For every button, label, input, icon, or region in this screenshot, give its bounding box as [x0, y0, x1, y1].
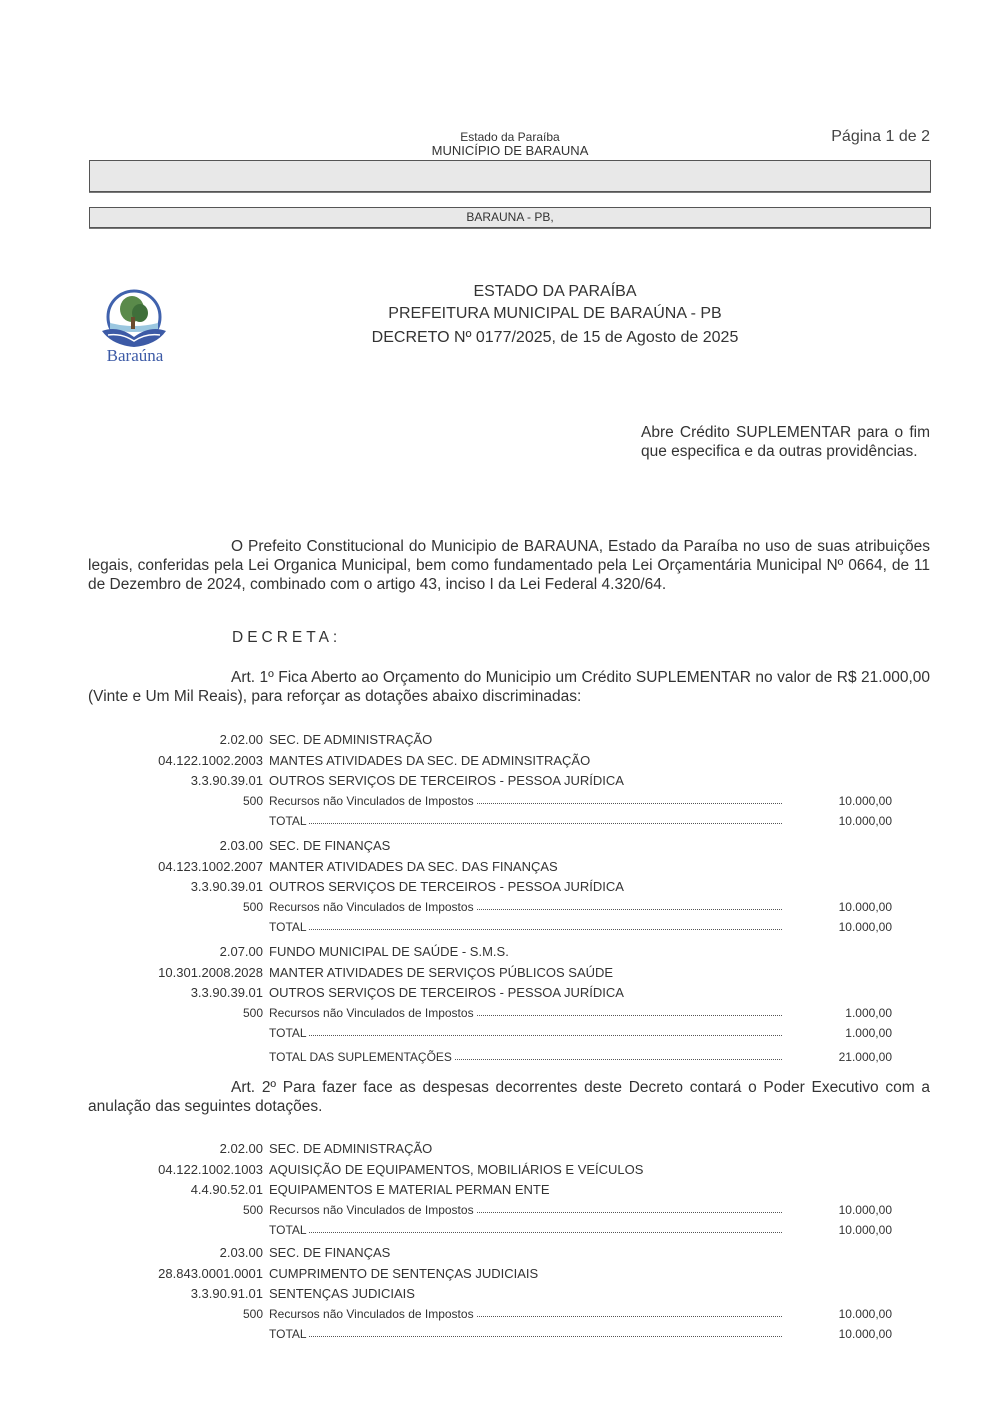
total-row: TOTAL10.000,00 [0, 1327, 1000, 1347]
allocation-description: Recursos não Vinculados de Impostos [269, 1307, 782, 1321]
unit-row: 2.02.00SEC. DE ADMINISTRAÇÃO [0, 732, 1000, 752]
total-row: TOTAL1.000,00 [0, 1026, 1000, 1046]
allocation-amount: 10.000,00 [839, 1327, 892, 1341]
allocation-amount: 1.000,00 [845, 1026, 892, 1040]
allocation-code: 3.3.90.91.01 [191, 1286, 263, 1301]
action-row: 04.123.1002.2007MANTER ATIVIDADES DA SEC… [0, 859, 1000, 879]
allocation-label: Recursos não Vinculados de Impostos [269, 900, 476, 914]
allocation-description: Recursos não Vinculados de Impostos [269, 1006, 782, 1020]
article-2-text: Art. 2º Para fazer face as despesas deco… [88, 1078, 930, 1116]
allocation-description: Recursos não Vinculados de Impostos [269, 1203, 782, 1217]
allocation-description: SEC. DE ADMINISTRAÇÃO [269, 732, 432, 747]
allocation-amount: 10.000,00 [839, 1223, 892, 1237]
allocation-label: Recursos não Vinculados de Impostos [269, 794, 476, 808]
allocation-label: Recursos não Vinculados de Impostos [269, 1307, 476, 1321]
allocation-description: SENTENÇAS JUDICIAIS [269, 1286, 415, 1301]
allocation-description: TOTAL [269, 1026, 782, 1040]
allocation-code: 500 [243, 794, 263, 808]
allocation-code: 3.3.90.39.01 [191, 773, 263, 788]
allocation-amount: 10.000,00 [839, 1203, 892, 1217]
decreta-heading: DECRETA: [232, 629, 341, 647]
allocation-label: Recursos não Vinculados de Impostos [269, 1006, 476, 1020]
page-indicator: Página 1 de 2 [831, 128, 930, 146]
allocation-amount: 10.000,00 [839, 900, 892, 914]
allocation-code: 2.02.00 [220, 732, 263, 747]
source-row: 500Recursos não Vinculados de Impostos10… [0, 1307, 1000, 1327]
grand-total-row: TOTAL DAS SUPLEMENTAÇÕES21.000,00 [0, 1050, 1000, 1070]
allocation-code: 04.122.1002.1003 [158, 1162, 263, 1177]
allocation-description: CUMPRIMENTO DE SENTENÇAS JUDICIAIS [269, 1266, 538, 1281]
source-row: 500Recursos não Vinculados de Impostos1.… [0, 1006, 1000, 1026]
allocation-label: TOTAL [269, 814, 309, 828]
element-row: 3.3.90.39.01OUTROS SERVIÇOS DE TERCEIROS… [0, 985, 1000, 1005]
title-prefeitura: PREFEITURA MUNICIPAL DE BARAÚNA - PB [0, 305, 1000, 323]
allocation-code: 3.3.90.39.01 [191, 879, 263, 894]
action-row: 10.301.2008.2028MANTER ATIVIDADES DE SER… [0, 965, 1000, 985]
allocation-amount: 10.000,00 [839, 814, 892, 828]
allocation-description: Recursos não Vinculados de Impostos [269, 900, 782, 914]
total-row: TOTAL10.000,00 [0, 814, 1000, 834]
allocation-label: Recursos não Vinculados de Impostos [269, 1203, 476, 1217]
allocation-label: TOTAL [269, 1026, 309, 1040]
allocation-label: TOTAL [269, 920, 309, 934]
allocation-code: 4.4.90.52.01 [191, 1182, 263, 1197]
allocation-code: 500 [243, 1006, 263, 1020]
header-blank-bar [89, 160, 931, 192]
allocation-code: 2.02.00 [220, 1141, 263, 1156]
allocation-description: TOTAL [269, 920, 782, 934]
allocation-code: 28.843.0001.0001 [158, 1266, 263, 1281]
action-row: 04.122.1002.2003MANTES ATIVIDADES DA SEC… [0, 753, 1000, 773]
element-row: 3.3.90.39.01OUTROS SERVIÇOS DE TERCEIROS… [0, 773, 1000, 793]
allocation-description: OUTROS SERVIÇOS DE TERCEIROS - PESSOA JU… [269, 879, 624, 894]
allocation-amount: 10.000,00 [839, 1307, 892, 1321]
allocation-description: MANTES ATIVIDADES DA SEC. DE ADMINSITRAÇ… [269, 753, 590, 768]
allocation-code: 2.07.00 [220, 944, 263, 959]
title-decree-number: DECRETO Nº 0177/2025, de 15 de Agosto de… [0, 329, 1000, 347]
allocation-description: MANTER ATIVIDADES DE SERVIÇOS PÚBLICOS S… [269, 965, 613, 980]
allocation-description: AQUISIÇÃO DE EQUIPAMENTOS, MOBILIÁRIOS E… [269, 1162, 643, 1177]
allocation-code: 500 [243, 1203, 263, 1217]
allocation-description: TOTAL [269, 1223, 782, 1237]
logo-name: Baraúna [96, 346, 174, 366]
allocation-code: 500 [243, 900, 263, 914]
source-row: 500Recursos não Vinculados de Impostos10… [0, 794, 1000, 814]
unit-row: 2.03.00SEC. DE FINANÇAS [0, 838, 1000, 858]
unit-row: 2.07.00FUNDO MUNICIPAL DE SAÚDE - S.M.S. [0, 944, 1000, 964]
source-row: 500Recursos não Vinculados de Impostos10… [0, 900, 1000, 920]
total-row: TOTAL10.000,00 [0, 920, 1000, 940]
allocation-description: FUNDO MUNICIPAL DE SAÚDE - S.M.S. [269, 944, 509, 959]
title-state: ESTADO DA PARAÍBA [0, 283, 1000, 301]
total-row: TOTAL10.000,00 [0, 1223, 1000, 1243]
allocation-description: TOTAL [269, 814, 782, 828]
element-row: 3.3.90.91.01SENTENÇAS JUDICIAIS [0, 1286, 1000, 1306]
allocation-description: TOTAL DAS SUPLEMENTAÇÕES [269, 1050, 782, 1064]
allocation-description: Recursos não Vinculados de Impostos [269, 794, 782, 808]
allocation-amount: 10.000,00 [839, 920, 892, 934]
allocation-amount: 10.000,00 [839, 794, 892, 808]
allocation-description: MANTER ATIVIDADES DA SEC. DAS FINANÇAS [269, 859, 558, 874]
unit-row: 2.03.00SEC. DE FINANÇAS [0, 1245, 1000, 1265]
unit-row: 2.02.00SEC. DE ADMINISTRAÇÃO [0, 1141, 1000, 1161]
allocation-label: TOTAL [269, 1223, 309, 1237]
allocation-code: 2.03.00 [220, 838, 263, 853]
allocation-description: OUTROS SERVIÇOS DE TERCEIROS - PESSOA JU… [269, 773, 624, 788]
element-row: 4.4.90.52.01EQUIPAMENTOS E MATERIAL PERM… [0, 1182, 1000, 1202]
allocation-description: SEC. DE ADMINISTRAÇÃO [269, 1141, 432, 1156]
action-row: 04.122.1002.1003AQUISIÇÃO DE EQUIPAMENTO… [0, 1162, 1000, 1182]
header-municipality: MUNICÍPIO DE BARAUNA [0, 144, 1000, 158]
allocation-code: 04.122.1002.2003 [158, 753, 263, 768]
allocation-description: SEC. DE FINANÇAS [269, 1245, 390, 1260]
allocation-description: OUTROS SERVIÇOS DE TERCEIROS - PESSOA JU… [269, 985, 624, 1000]
ementa: Abre Crédito SUPLEMENTAR para o fim que … [641, 423, 930, 461]
allocation-code: 2.03.00 [220, 1245, 263, 1260]
allocation-label: TOTAL DAS SUPLEMENTAÇÕES [269, 1050, 454, 1064]
allocation-label: TOTAL [269, 1327, 309, 1341]
source-row: 500Recursos não Vinculados de Impostos10… [0, 1203, 1000, 1223]
allocation-code: 10.301.2008.2028 [158, 965, 263, 980]
allocation-code: 3.3.90.39.01 [191, 985, 263, 1000]
preamble: O Prefeito Constitucional do Municipio d… [88, 537, 930, 594]
allocation-description: SEC. DE FINANÇAS [269, 838, 390, 853]
allocation-amount: 21.000,00 [839, 1050, 892, 1064]
allocation-code: 500 [243, 1307, 263, 1321]
article-1-text: Art. 1º Fica Aberto ao Orçamento do Muni… [88, 668, 930, 706]
action-row: 28.843.0001.0001CUMPRIMENTO DE SENTENÇAS… [0, 1266, 1000, 1286]
allocation-amount: 1.000,00 [845, 1006, 892, 1020]
allocation-code: 04.123.1002.2007 [158, 859, 263, 874]
allocation-description: TOTAL [269, 1327, 782, 1341]
location-bar: BARAUNA - PB, [89, 207, 931, 228]
element-row: 3.3.90.39.01OUTROS SERVIÇOS DE TERCEIROS… [0, 879, 1000, 899]
allocation-description: EQUIPAMENTOS E MATERIAL PERMAN ENTE [269, 1182, 550, 1197]
